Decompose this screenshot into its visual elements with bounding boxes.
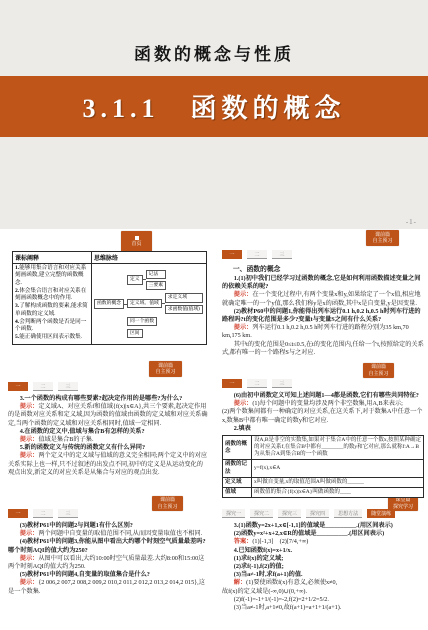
tab[interactable]: 思想方法 [334,509,362,518]
para-text: 从图中可以看出,大约10:00时空气质量最差.大约8:00和15:00这两个时刻… [8,555,204,570]
table-row: 值域函数值的集合{f(x)|x∈A}叫做函数的____ [223,487,424,497]
tabbar: 一二三 [8,382,209,391]
mindmap-node: 同一个函数 [127,317,157,326]
mindmap-header: 思维脉络 [92,252,207,264]
objective-item: 5.能正确使用区间表示数集. [15,334,89,341]
home-button-label: 首页 [131,241,141,247]
para-text: 3.一个函数的构成有哪些要素?起决定作用的是哪些?为什么? [20,395,182,402]
tab[interactable]: 二 [33,382,53,391]
paragraph: 提示：从图中可以看出,大约10:00时空气质量最差.大约8:00和15:00这两… [8,555,209,571]
prelesson-button-line2: 自主预习 [372,238,392,244]
objective-item: 4.会判断两个函数是否是同一个函数. [15,319,89,334]
tab[interactable]: 三 [58,509,78,518]
paragraph: 3.(1)函数y=2x+1,x∈[-1,1]的值域是__________.(用区… [222,522,424,530]
mindmap-node: 定义域、值域 [127,299,162,308]
para-text: 4.在函数的定义中,值域与集合B有怎样的关系? [20,428,145,435]
hint-label: 提示： [20,452,39,459]
courseware-page: 函数的概念与性质 3.1.1 函数的概念 -1- 首页 课前篇 自主预习 课前篇… [0,0,428,630]
para-text: (2)教材P60中的问题1,你能得出列车运行0.1 h,0.2 h,0.5 h时… [222,308,421,323]
para-text: 4.已知函数f(x)=x+1/x. [234,547,292,554]
table-row-value: 设A,B是非空的实数集,如果对于集合A中的任意一个数x,按照某种确定的对应关系f… [252,435,424,459]
lesson-banner: 3.1.1 函数的概念 [0,76,428,137]
slide-practice: 探究一探究二探究三探究四思想方法随堂演练 3.(1)函数y=2x+1,x∈[-1… [222,509,424,612]
para-text: (5)教材P61中的问题4,自变量的取值集合是什么? [20,571,150,578]
mindmap-root: 函数的概念 [94,299,124,308]
hint-label: 提示： [20,403,39,410]
para-text: 两个定义中的定义域与值域的意义完全相同;两个定义中的对应关系实际上也一样,只不过… [8,452,207,475]
objective-item: 1.能够用集合语言和对应关系刻画函数,建立完整的函数概念. [15,265,89,287]
prelesson-button[interactable]: 课前篇 自主预习 [149,361,182,377]
table-row-label: 函数的记法 [223,460,252,477]
para-text: 故f(x)的定义域是(-∞,0)∪(0,+∞). [222,588,307,595]
mindmap-cell: 函数的概念 定义 记法 三要素 定义域、值域 求定义域 [92,264,207,345]
para-text: (3)当a≠-1时,a+1≠0,故f(a+1)=a+1+1/(a+1). [234,604,342,611]
tabbar: 探究一探究二探究三探究四思想方法随堂演练 [222,509,424,518]
tab[interactable]: 一 [8,382,28,391]
paragraph: 提示：两个定义中的定义域与值域的意义完全相同;两个定义中的对应关系实际上也一样,… [8,452,209,477]
para-text: 2.填表 [234,425,251,432]
slide-concept-intro: 一二三 一、函数的概念 1.(1)初中我们已经学习过函数的概念,它是如何利用函数… [222,250,424,357]
paragraph: (3)当a≠-1时,a+1≠0,故f(a+1)=a+1+1/(a+1). [222,604,424,612]
para-text: (1)求f(x)的定义域; [234,555,284,562]
paragraph: 答案：(1)[-1,3] (2)[7/4,+∞) [222,538,424,546]
para-text: (2)两个数集间都有一种确定的对应关系,在这关系下,对于数集A中任意一个x,数集… [222,408,422,423]
hint-label: 提示： [234,400,253,407]
mindmap-node: 记法 [146,270,166,279]
para-text: 3.(1)函数y=2x+1,x∈[-1,1]的值域是__________.(用区… [234,522,393,529]
tabbar: 一二三 [8,509,209,518]
para-text: (3)当a≠-1时,求f(a+1)的值. [234,571,303,578]
hint-label: 提示： [234,291,253,298]
para-text: (4)教材P61中的问题3,你能从图中看出大约哪个时刻空气质量最差吗?哪个时刻A… [8,538,206,553]
paragraph: 故f(x)的定义域是(-∞,0)∪(0,+∞). [222,588,424,596]
para-text: (1)每个问题中的变量均涉及两个非空数集,用A,B来表示; [252,400,403,407]
hint-label: 提示： [20,530,39,537]
lesson-title: 3.1.1 函数的概念 [82,88,345,125]
tab[interactable]: 随堂演练 [367,509,395,518]
tab[interactable]: 二 [247,250,267,259]
tab[interactable]: 探究四 [306,509,329,518]
paragraph: 提示：定义域A、对应关系f和值域{f(x)|x∈A},共三个要素,起决定作用的是… [8,403,209,428]
table-row-label: 函数的概念 [223,435,252,459]
table-row-value: 函数值的集合{f(x)|x∈A}叫做函数的____ [252,487,424,497]
mindmap-node: 求定义域 [165,293,203,302]
paragraph: 提示：列车运行0.1 h,0.2 h,0.5 h时列车行进的路程分别为35 km… [222,324,424,340]
para-text: 值域是集合B的子集. [38,436,93,443]
tab[interactable]: 三 [58,382,78,391]
paragraph: 提示：值域是集合B的子集. [8,436,209,444]
hint-label: 提示： [20,555,39,562]
paragraph: (2)f(-1)=-1+1/(-1)=-2,f(2)=2+1/2=5/2. [222,596,424,604]
para-text: 在一个变化过程中,有两个变量x和y,如果给定了一个x值,相应地就确定唯一的一个y… [222,291,421,306]
paragraph: (3)教材P61中的问题2与问题1有什么区别? [8,522,209,530]
para-text: 5.新的函数定义与传统的函数定义有什么异同? [20,444,145,451]
tabbar: 一二三 [222,250,424,259]
para-text: (6)由初中函数定义可知上述问题1—4都是函数,它们有哪些共同特征? [234,392,419,399]
table-row-value: x叫做自变量,x的取值范围A叫做函数的______ [252,477,424,487]
slide-fill-table: 一二三 (6)由初中函数定义可知上述问题1—4都是函数,它们有哪些共同特征?提示… [222,379,424,498]
para-text: (1)要使函数f(x)有意义,必须使x≠0, [246,579,337,586]
para-text: (2)求f(-1),f(2)的值; [234,563,284,570]
hint-label: 解： [234,579,246,586]
tab[interactable]: 探究三 [278,509,301,518]
tab[interactable]: 一 [8,509,28,518]
hint-label: 提示： [20,436,39,443]
para-text: 其中t的变化范围是0≤t≤0.5,在t的变化范围内,任给一个t,按照给定的关系式… [222,341,424,356]
page-number: -1- [406,218,417,226]
paragraph: (4)教材P61中的问题3,你能从图中看出大约哪个时刻空气质量最差吗?哪个时刻A… [8,538,209,554]
hint-label: 答案： [234,538,253,545]
paragraph: (2)求f(-1),f(2)的值; [222,563,424,571]
tab[interactable]: 三 [272,250,292,259]
slide-function-elements: 一二三 3.一个函数的构成有哪些要素?起决定作用的是哪些?为什么?提示：定义域A… [8,382,209,477]
home-button[interactable]: 首页 [121,231,152,252]
tab[interactable]: 三 [272,379,292,388]
paragraph: 提示：在一个变化过程中,有两个变量x和y,如果给定了一个x值,相应地就确定唯一的… [222,291,424,307]
objectives-header: 课标阐释 [13,252,92,264]
table-row-value: y=f(x),x∈A [252,460,424,477]
tab[interactable]: 探究二 [250,509,273,518]
tab[interactable]: 二 [33,509,53,518]
title-slide-header: 函数的概念与性质 3.1.1 函数的概念 -1- [0,0,428,229]
prelesson-button[interactable]: 课前篇 自主预习 [366,230,399,246]
table-row: 函数的记法y=f(x),x∈A [223,460,424,477]
table-row: 函数的概念设A,B是非空的实数集,如果对于集合A中的任意一个数x,按照某种确定的… [223,435,424,459]
para-text: (2)函数y=x²+x+2,x∈R的值域是__________.(用区间表示) [234,530,384,537]
para-text: 1.(1)初中我们已经学习过函数的概念,它是如何利用函数描述变量之间的依赖关系的… [222,275,420,290]
para-text: (2)f(-1)=-1+1/(-1)=-2,f(2)=2+1/2=5/2. [234,596,329,603]
paragraph: 其中t的变化范围是0≤t≤0.5,在t的变化范围内,任给一个t,按照给定的关系式… [222,341,424,357]
mindmap-node: 三要素 [146,281,166,290]
objective-item: 3.了解构成函数的要素,能求简单函数的定义域. [15,303,89,318]
mindmap: 函数的概念 定义 记法 三要素 定义域、值域 求定义域 [94,265,204,343]
tabbar: 一二三 [222,379,424,388]
mindmap-node: 求函数值(值域) [165,305,203,314]
table-row-label: 定义域 [223,477,252,487]
home-icon [135,236,139,240]
prelesson-button[interactable]: 课前篇 自主预习 [363,363,394,378]
paragraph: 4.已知函数f(x)=x+1/x. [222,547,424,555]
hint-label: 提示： [20,579,39,586]
objectives-cell: 1.能够用集合语言和对应关系刻画函数,建立完整的函数概念.2.体会集合语言和对应… [13,264,92,345]
table-row: 定义域x叫做自变量,x的取值范围A叫做函数的______ [223,477,424,487]
objective-item: 2.体会集合语言和对应关系在刻画函数概念中的作用. [15,288,89,303]
objectives-table: 课标阐释 思维脉络 1.能够用集合语言和对应关系刻画函数,建立完整的函数概念.2… [12,251,207,345]
paragraph: 提示：{2 006,2 007,2 008,2 009,2 010,2 011,… [8,579,209,595]
para-text: 定义域A、对应关系f和值域{f(x)|x∈A},共三个要素,起决定作用的是函数对… [8,403,208,426]
para-text: (3)教材P61中的问题2与问题1有什么区别? [20,522,133,529]
table-row-label: 值域 [223,487,252,497]
para-text: {2 006,2 007,2 008,2 009,2 010,2 011,2 0… [8,579,205,594]
hint-label: 提示： [234,324,253,331]
mindmap-node: 定义 [127,275,143,284]
paragraph: (2)教材P60中的问题1,你能得出列车运行0.1 h,0.2 h,0.5 h时… [222,308,424,324]
paragraph: 3.一个函数的构成有哪些要素?起决定作用的是哪些?为什么? [8,395,209,403]
paragraph: 1.(1)初中我们已经学习过函数的概念,它是如何利用函数描述变量之间的依赖关系的… [222,275,424,291]
paragraph: (2)两个数集间都有一种确定的对应关系,在这关系下,对于数集A中任意一个x,数集… [222,408,424,424]
slide-textbook-questions: 一二三 (3)教材P61中的问题2与问题1有什么区别?提示：两个问题中自变量的取… [8,509,209,596]
course-title: 函数的概念与性质 [0,40,428,65]
prelesson-button-line2: 自主预习 [155,369,175,375]
paragraph: 2.填表 [222,425,424,433]
section-title: 一、函数的概念 [222,263,424,273]
paragraph: (6)由初中函数定义可知上述问题1—4都是函数,它们有哪些共同特征? [222,392,424,400]
tab[interactable]: 一 [222,250,242,259]
para-text: 两个问题中自变量的取值范围不同,从而因变量取值也不相同. [38,530,202,537]
tab[interactable]: 一 [222,379,242,388]
mindmap-node: 区间 [127,329,143,338]
tab[interactable]: 二 [247,379,267,388]
paragraph: 解：(1)要使函数f(x)有意义,必须使x≠0, [222,579,424,587]
paragraph: 4.在函数的定义中,值域与集合B有怎样的关系? [8,428,209,436]
definition-table: 函数的概念设A,B是非空的实数集,如果对于集合A中的任意一个数x,按照某种确定的… [222,435,424,498]
paragraph: (1)求f(x)的定义域; [222,555,424,563]
prelesson-button-line2: 自主预习 [368,371,388,377]
para-text: (1)[-1,3] (2)[7/4,+∞) [252,538,308,545]
tab[interactable]: 探究一 [222,509,245,518]
